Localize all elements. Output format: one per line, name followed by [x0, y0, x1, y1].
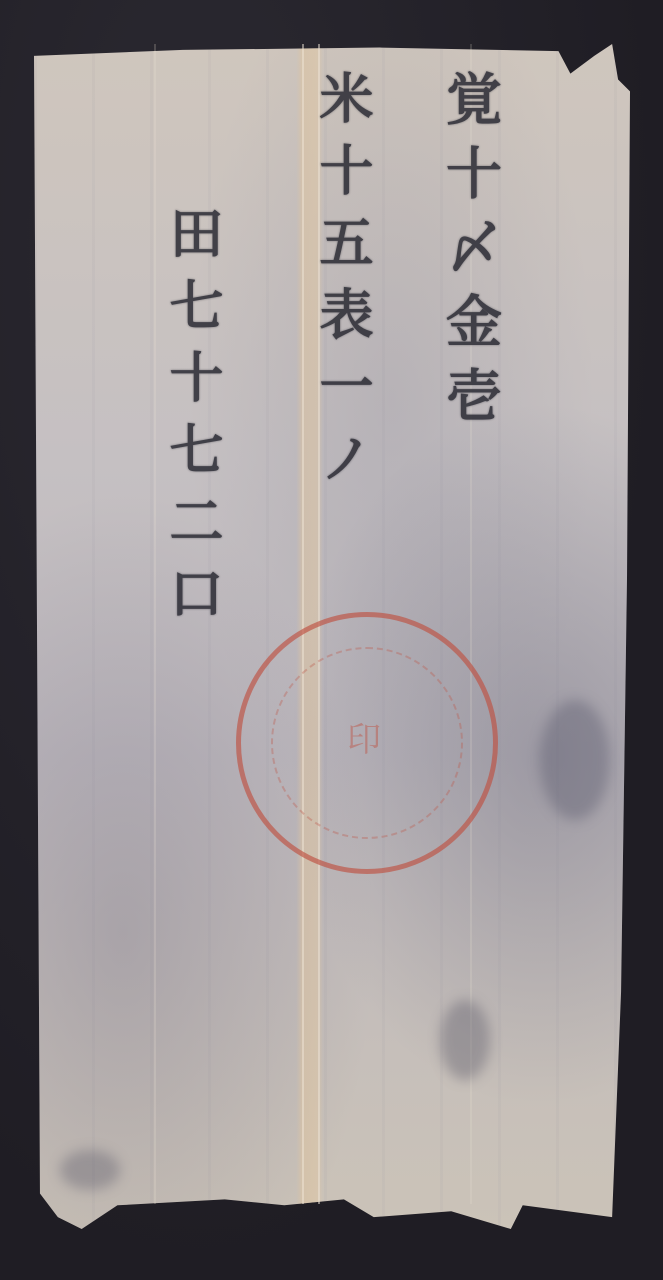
text-column-left: 田七十七二口 — [155, 205, 232, 637]
fold-line — [302, 44, 304, 1204]
ink-stain — [540, 700, 610, 820]
ink-stain — [440, 1000, 490, 1080]
red-seal-stamp: 印 — [236, 612, 498, 874]
ink-stain — [60, 1150, 120, 1190]
text-column-middle: 米十五表一ノ — [305, 70, 382, 502]
text-column-right: 覚十〆金壱 — [430, 70, 510, 440]
seal-text: 印 — [241, 712, 493, 761]
